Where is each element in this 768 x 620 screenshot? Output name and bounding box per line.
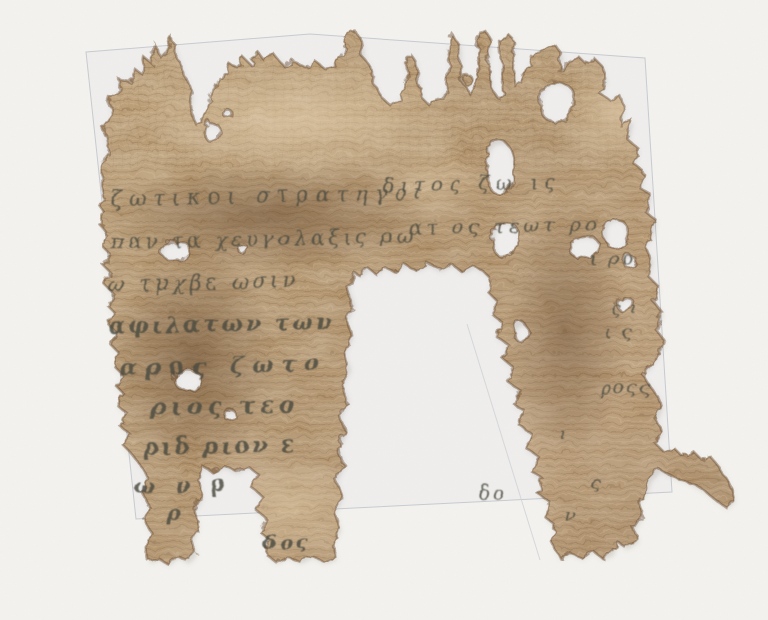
script-line-10-left: δος <box>261 529 310 554</box>
script-line-9-left: ρ <box>165 499 182 524</box>
script-line-4-right: ς ι <box>609 297 638 319</box>
script-line-6-right: ροςς <box>598 375 651 398</box>
script-line-3-left: ω τμχβε ωσιν <box>107 268 300 296</box>
script-line-8-right: δο <box>477 480 504 503</box>
script-line-8-left: ω ν ρ <box>133 470 232 497</box>
script-line-4-left: αφιλατων των <box>108 308 334 339</box>
papyrus-scan: ζωτικοι στρατηγοι διτος ζω ις παν τα χευ… <box>0 0 768 620</box>
script-line-7-left: ριδ ριον ε <box>141 431 296 460</box>
script-line-10-right: ν <box>564 504 575 525</box>
script-line-1-right: διτος ζω ις <box>381 168 561 196</box>
script-line-7-right: ι <box>558 422 566 443</box>
script-line-9-right: ς <box>589 471 600 492</box>
script-line-3-right: ι ρο <box>588 247 635 269</box>
script-line-6-left: ριος τεο <box>148 390 298 420</box>
scan-canvas: ζωτικοι στρατηγοι διτος ζω ις παν τα χευ… <box>0 0 768 620</box>
script-line-5-right: ι ς <box>604 321 633 343</box>
script-line-2-right: ατ ος τεωτ ρο <box>408 210 600 238</box>
script-line-5-left: αρος ζωτο <box>118 349 327 380</box>
